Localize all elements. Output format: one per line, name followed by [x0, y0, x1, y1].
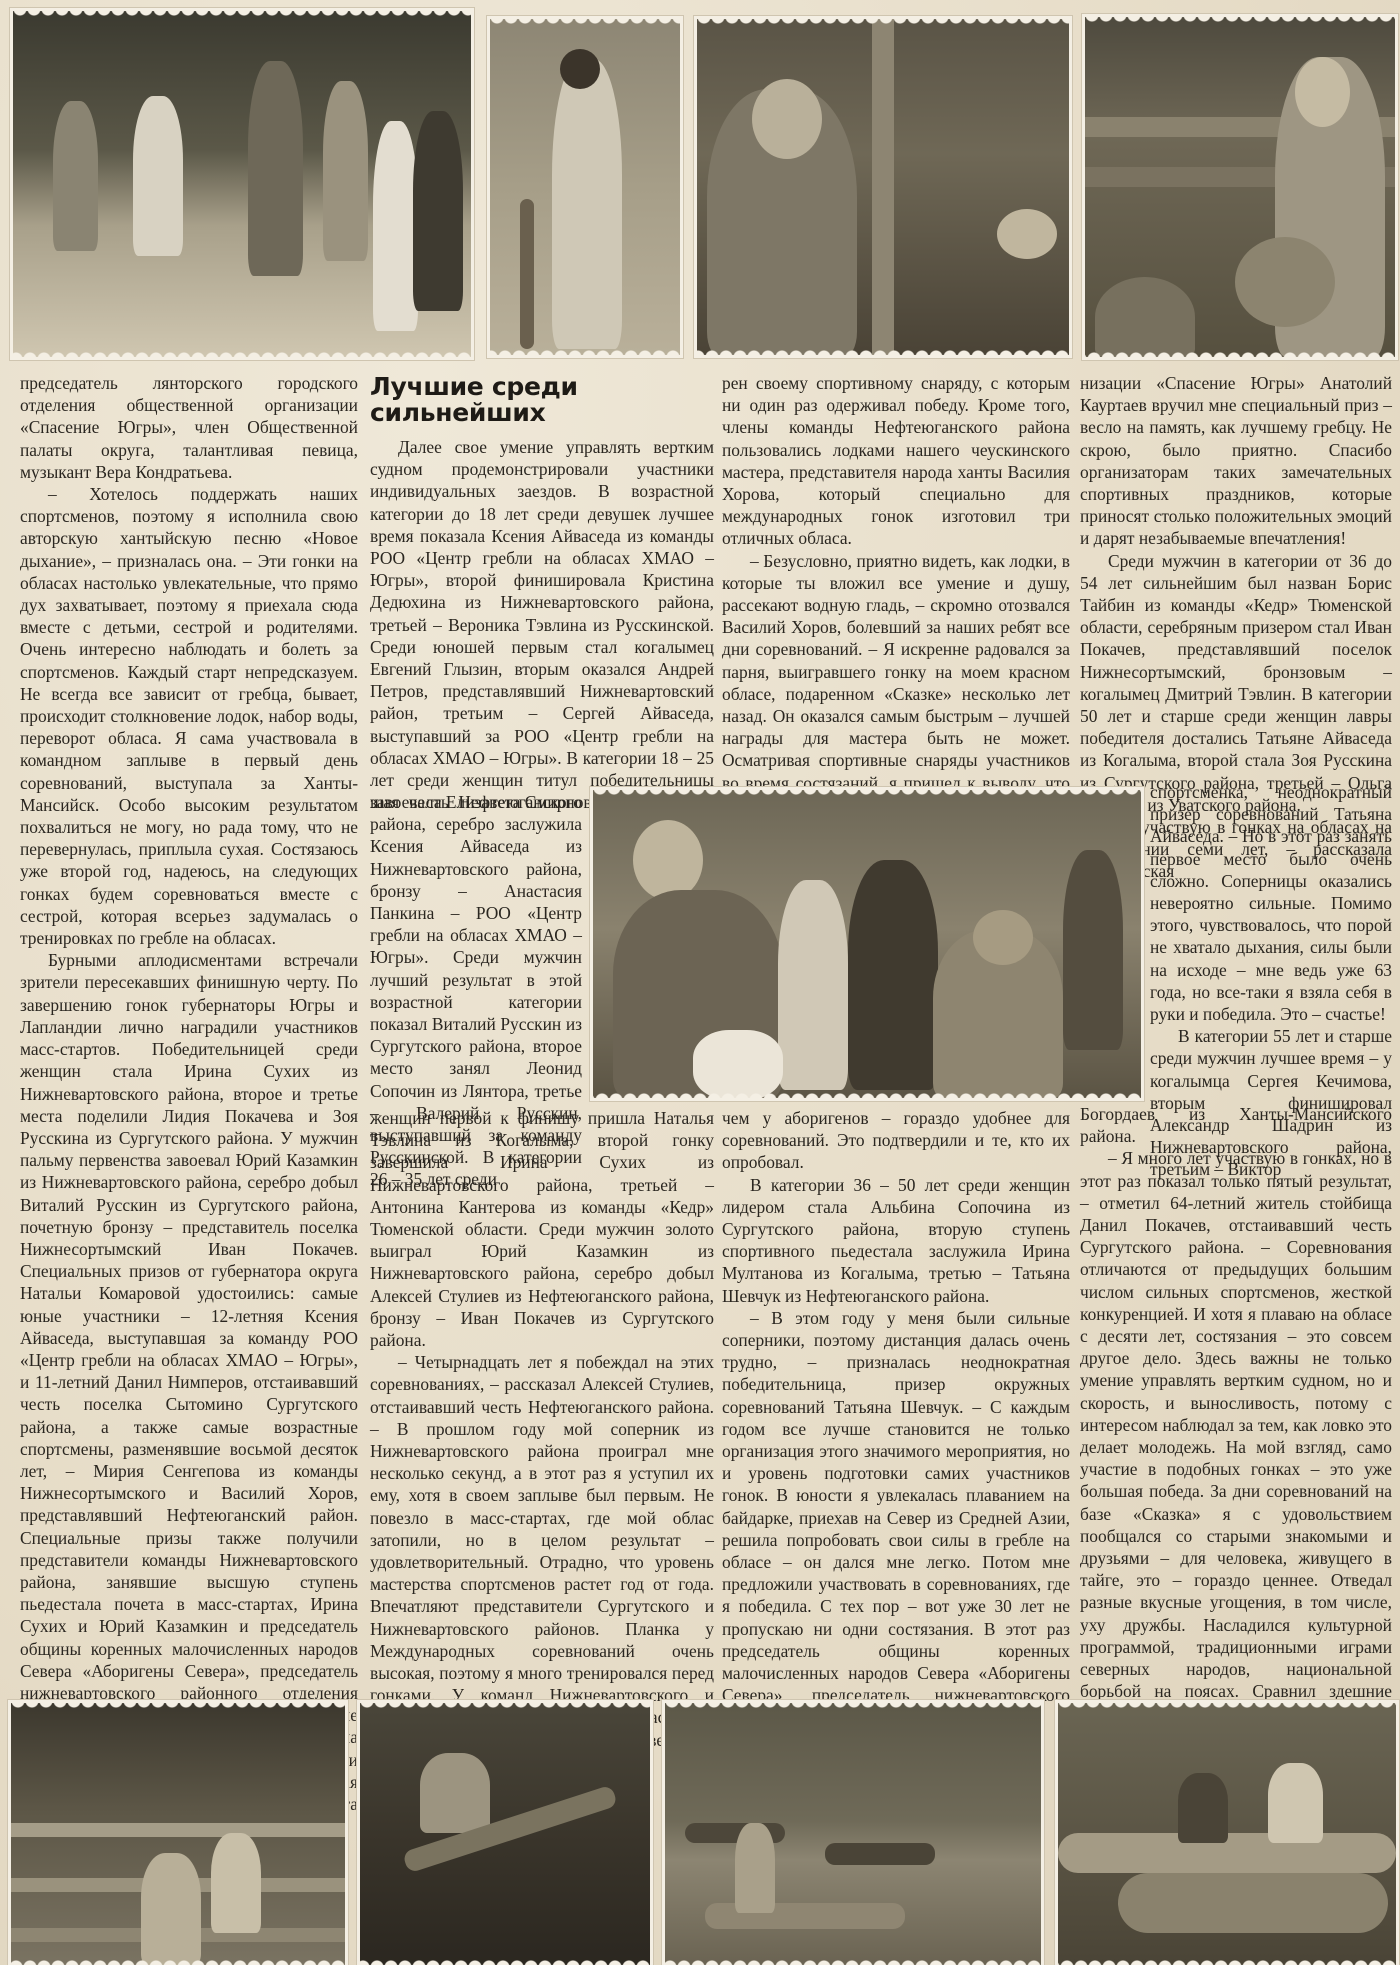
paragraph: – Хотелось поддержать наших спортсменов,… [20, 483, 358, 949]
photo-man-with-ladle [1082, 14, 1398, 360]
paragraph: рен своему спортивному снаряду, с которы… [722, 372, 1070, 550]
article-column-2-bottom: женщин первой к финишу пришла Наталья Тэ… [370, 1107, 714, 1751]
paragraph: низации «Спасение Югры» Анатолий Кауртае… [1080, 372, 1392, 550]
photo-archery-group [10, 8, 474, 360]
paragraph: Среди мужчин в категории от 36 до 54 лет… [1080, 550, 1392, 816]
photo-photographers-on-raft [1055, 1700, 1399, 1965]
photo-woman-paddling [357, 1700, 653, 1965]
paragraph: Богордаев из Ханты-Мансийского района. [1080, 1103, 1392, 1147]
article-column-1: председатель лянторского городского отде… [20, 372, 358, 1837]
photo-rowers-on-river [662, 1700, 1044, 1965]
paragraph: – Я много лет участвую в гонках, но в эт… [1080, 1147, 1392, 1791]
paragraph: – Четырнадцать лет я побеждал на этих со… [370, 1351, 714, 1751]
paragraph: чем у аборигенов – гораздо удобнее для с… [722, 1107, 1070, 1174]
paragraph: женщин первой к финишу пришла Наталья Тэ… [370, 1107, 714, 1351]
paragraph: В категории 36 – 50 лет среди женщин лид… [722, 1174, 1070, 1307]
photo-kids-in-boats [8, 1700, 348, 1965]
article-headline: Лучшие среди сильнейших [370, 374, 714, 426]
photo-elders-ceremony [590, 787, 1144, 1101]
article-column-2: Лучшие среди сильнейших Далее свое умени… [370, 372, 714, 813]
headline-line-1: Лучшие среди [370, 374, 714, 400]
paragraph: председатель лянторского городского отде… [20, 372, 358, 483]
photo-woman-with-paddle [487, 16, 683, 358]
article-column-3: рен своему спортивному снаряду, с которы… [722, 372, 1070, 816]
article-column-3-bottom: чем у аборигенов – гораздо удобнее для с… [722, 1107, 1070, 1729]
headline-line-2: сильнейших [370, 400, 714, 426]
paragraph: спортсменка, неоднократный призер соревн… [1150, 781, 1392, 1025]
paragraph: – Безусловно, приятно видеть, как лодки,… [722, 550, 1070, 816]
photo-woman-in-headscarf [694, 16, 1072, 358]
paragraph: Далее свое умение управлять вертким судн… [370, 436, 714, 813]
paragraph: – В этом году у меня были сильные соперн… [722, 1307, 1070, 1729]
